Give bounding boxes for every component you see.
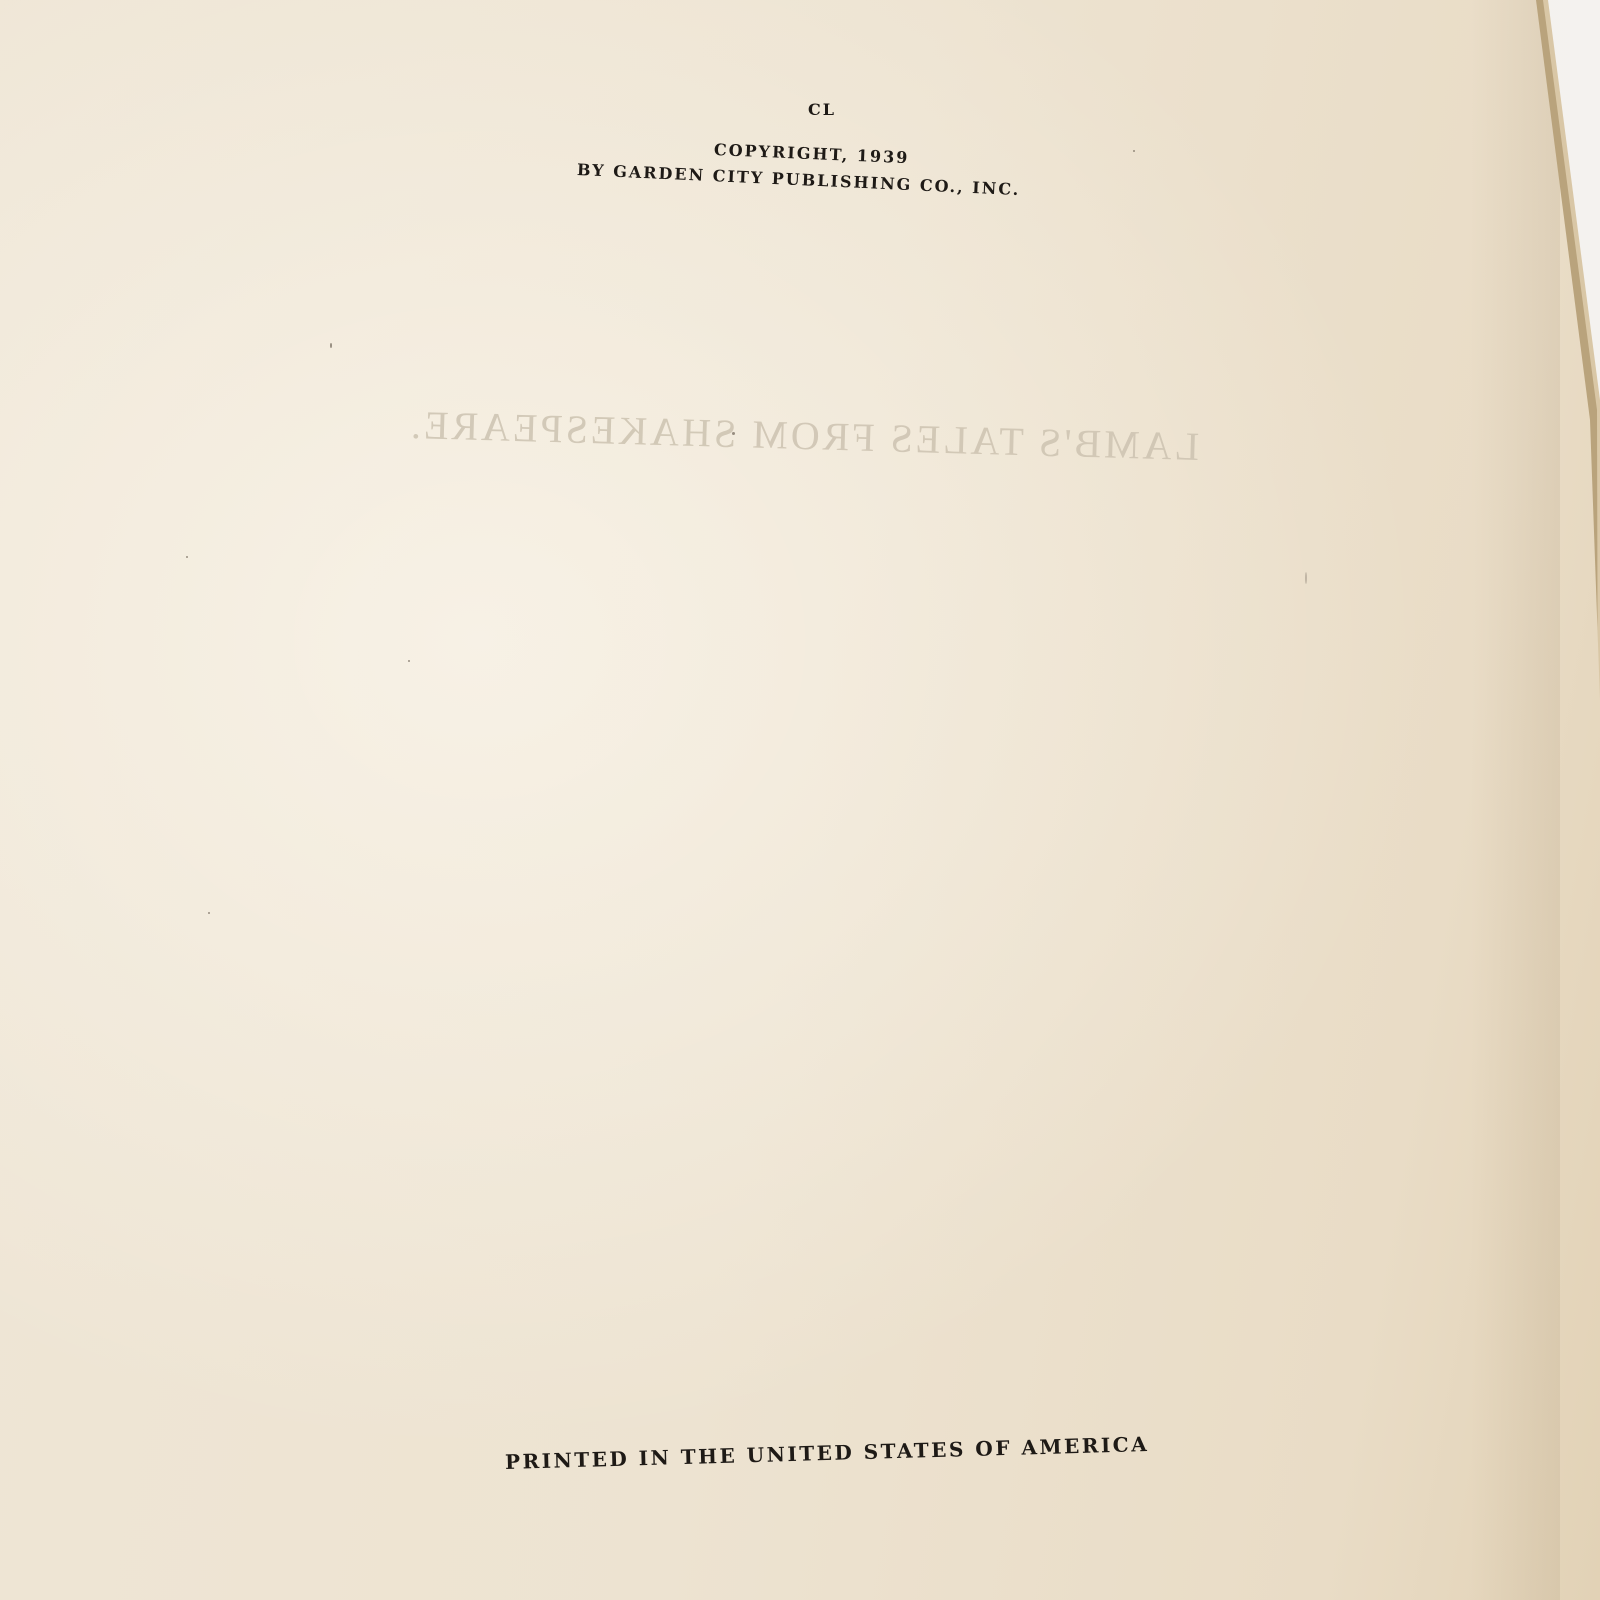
photo-scene: CL COPYRIGHT, 1939 BY GARDEN CITY PUBLIS…: [0, 0, 1600, 1600]
page-curl-shadow: [1470, 0, 1560, 1600]
paper-fleck: [1305, 572, 1307, 584]
book-page: CL COPYRIGHT, 1939 BY GARDEN CITY PUBLIS…: [0, 0, 1600, 1600]
publisher-line: BY GARDEN CITY PUBLISHING CO., INC.: [577, 160, 1021, 199]
paper-fleck: [186, 556, 188, 558]
printing-code: CL: [808, 100, 836, 119]
ink-speck: [732, 432, 735, 435]
paper-fleck: [1133, 150, 1135, 152]
copyright-line: COPYRIGHT, 1939: [714, 140, 910, 167]
paper-fleck: [408, 660, 410, 662]
paper-fleck: [208, 912, 210, 914]
paper-fleck: [330, 343, 332, 348]
show-through-title: LAMB'S TALES FROM SHAKESPEARE.: [407, 401, 1199, 470]
printed-in-line: PRINTED IN THE UNITED STATES OF AMERICA: [505, 1432, 1150, 1474]
